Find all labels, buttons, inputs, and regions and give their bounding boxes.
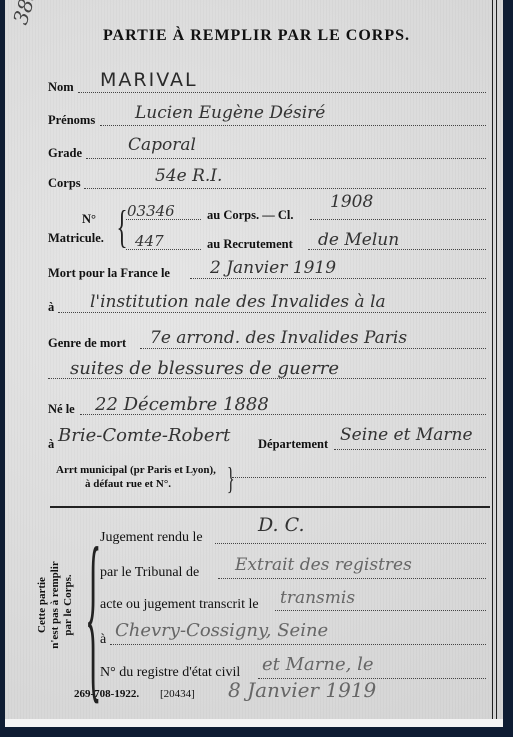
departement-line: [334, 449, 486, 450]
side-note-line-2: n'est pas à remplir: [49, 550, 62, 660]
nom-line: [78, 92, 486, 93]
jugement-rendu-value: D. C.: [258, 514, 305, 536]
grade-label: Grade: [48, 146, 82, 161]
print-code: [20434]: [160, 688, 195, 700]
nom-value: MARIVAL: [100, 69, 198, 91]
lieu-mort-value: l'institution nale des Invalides à la: [90, 292, 386, 312]
form-title: PARTIE À REMPLIR PAR LE CORPS.: [0, 27, 513, 45]
jugement-lieu-label: à: [100, 632, 106, 648]
corps-label: Corps: [48, 176, 81, 191]
side-note-line-1: Cette partie: [36, 550, 49, 660]
genre-mort-line: [140, 348, 486, 349]
side-note: Cette partie n'est pas à remplir par le …: [36, 550, 75, 660]
registre-label: N° du registre d'état civil: [100, 665, 240, 681]
mort-line: [190, 278, 486, 279]
departement-value: Seine et Marne: [340, 425, 473, 445]
corps-line: [84, 188, 486, 189]
lieu-naissance-value: Brie-Comte-Robert: [58, 425, 230, 446]
matricule-recrutement-no: 447: [135, 232, 164, 250]
tribunal-line: [218, 578, 486, 579]
genre-mort-value: 7e arrond. des Invalides Paris: [150, 328, 407, 348]
section-divider: [50, 506, 490, 508]
arrondissement-label-2: à défaut rue et N°.: [85, 478, 171, 490]
page-edge: [5, 719, 503, 727]
lieu-mort-line: [58, 312, 486, 313]
recrutement-value: de Melun: [318, 230, 399, 250]
classe-line: [310, 219, 486, 220]
arrondissement-brace: }: [227, 460, 235, 497]
footer-date: 8 Janvier 1919: [228, 678, 376, 702]
nom-label: Nom: [48, 80, 74, 95]
naissance-value: 22 Décembre 1888: [95, 394, 269, 415]
jugement-rendu-label: Jugement rendu le: [100, 530, 203, 546]
matricule-label: Matricule.: [48, 231, 104, 246]
tribunal-value: Extrait des registres: [235, 555, 412, 575]
matricule-brace: {: [117, 200, 128, 253]
prenoms-value: Lucien Eugène Désiré: [135, 103, 325, 123]
prenoms-label: Prénoms: [48, 113, 95, 128]
genre-mort-label: Genre de mort: [48, 336, 126, 351]
arrondissement-line: [232, 477, 486, 478]
grade-value: Caporal: [128, 135, 196, 155]
transcrit-value: transmis: [280, 588, 355, 608]
right-border-outer: [496, 0, 497, 719]
corps-value: 54e R.I.: [155, 166, 222, 186]
departement-label: Département: [258, 437, 328, 452]
au-recrutement-label: au Recrutement: [207, 237, 293, 252]
jugement-rendu-line: [215, 543, 486, 544]
arrondissement-label: Arrt municipal (pr Paris et Lyon),: [56, 464, 216, 476]
print-ref: 269-708-1922.: [74, 688, 139, 700]
right-border: [492, 0, 493, 719]
lieu-mort-label: à: [48, 300, 54, 315]
prenoms-line: [100, 125, 486, 126]
classe-value: 1908: [330, 192, 373, 212]
transcrit-label: acte ou jugement transcrit le: [100, 597, 259, 613]
jugement-lieu-value: Chevry-Cossigny, Seine: [115, 620, 328, 641]
jugement-lieu-line: [110, 644, 486, 645]
genre-mort-value-2: suites de blessures de guerre: [70, 358, 339, 379]
tribunal-label: par le Tribunal de: [100, 565, 199, 581]
matricule-corps-no: 03346: [127, 202, 175, 220]
mort-value: 2 Janvier 1919: [210, 258, 336, 278]
au-corps-label: au Corps. — Cl.: [207, 208, 293, 223]
naissance-label: Né le: [48, 402, 75, 417]
side-note-line-3: par le Corps.: [62, 550, 75, 660]
mort-label: Mort pour la France le: [48, 266, 170, 281]
registre-value: et Marne, le: [262, 654, 373, 675]
jugement-brace: {: [85, 520, 101, 710]
matricule-no-label: N°: [82, 212, 96, 227]
grade-line: [86, 158, 486, 159]
transcrit-line: [275, 610, 486, 611]
lieu-naissance-label: à: [48, 437, 54, 452]
